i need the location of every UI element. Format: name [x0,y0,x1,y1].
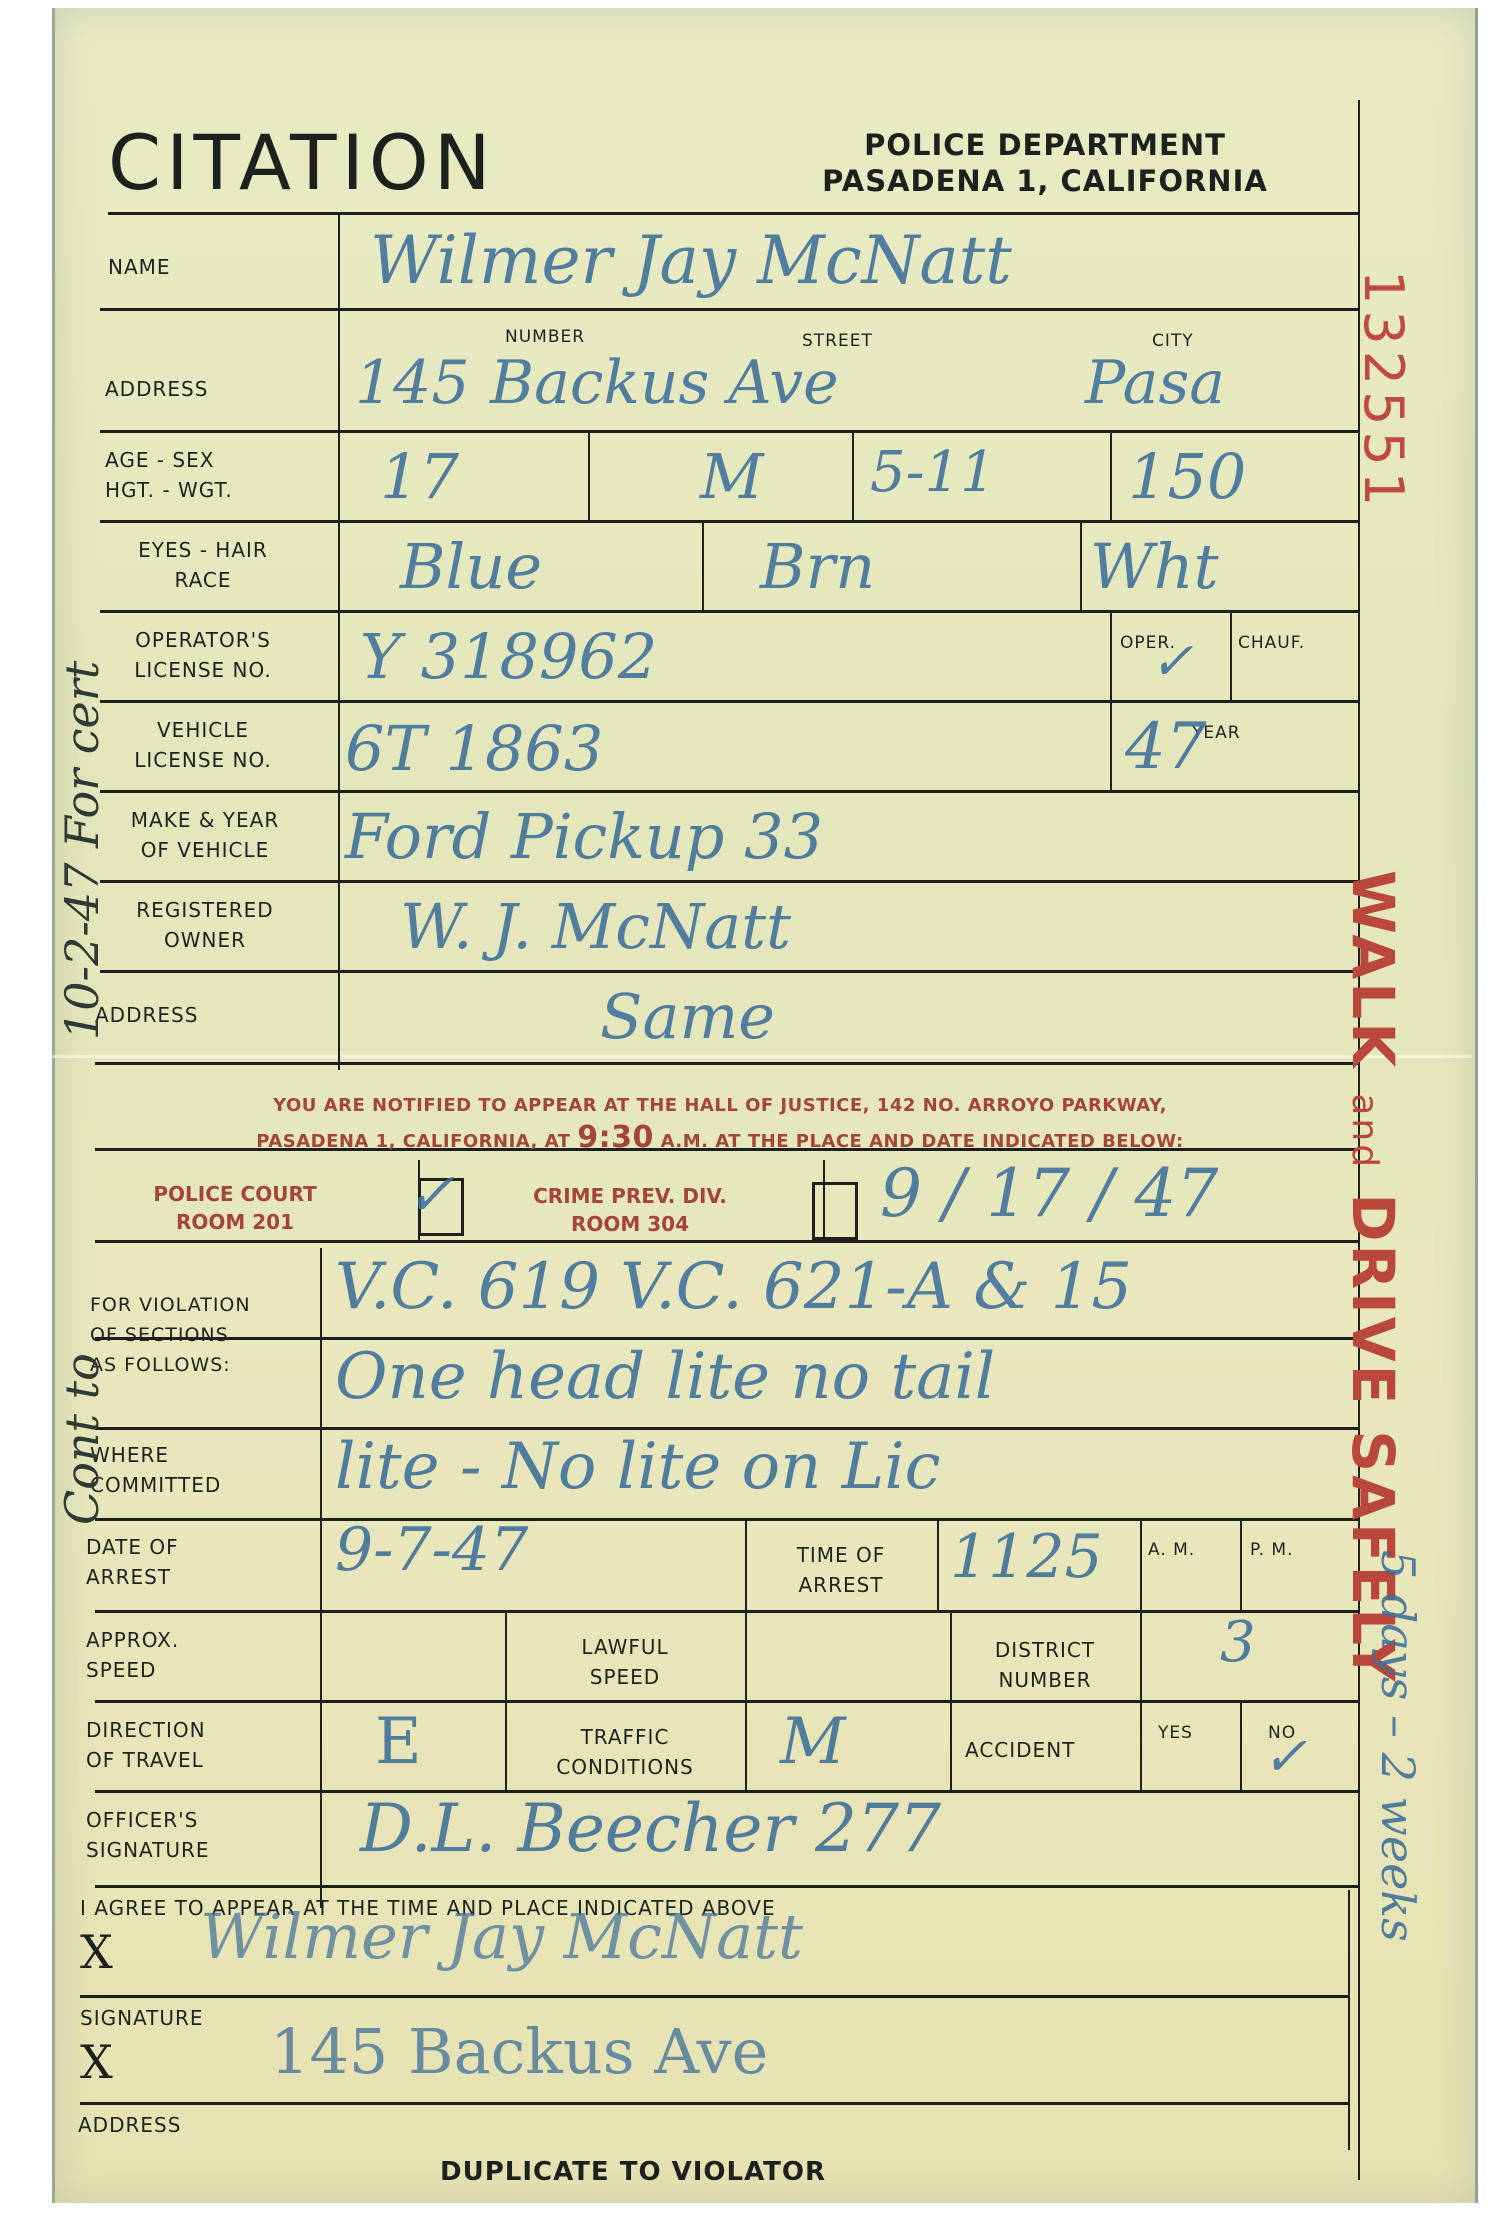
value-address-city: Pasa [1085,348,1225,418]
stamp-and: and [1344,1093,1385,1170]
label-line: OFFICER'S [86,1805,210,1835]
cell-divider [1230,612,1232,700]
accident-no-checkmark: ✓ [1262,1725,1307,1788]
rule [95,1240,1358,1243]
citation-title: CITATION [108,118,496,207]
value-owner-address: Same [600,980,775,1053]
label-officer-signature: OFFICER'S SIGNATURE [86,1805,210,1865]
notice-line2: PASADENA 1, CALIFORNIA, AT 9:30 A.M. AT … [95,1122,1345,1158]
label-date-of-arrest: DATE OF ARREST [86,1532,179,1592]
value-violation-description: One head lite no tail [335,1340,995,1414]
crime-prev-label: CRIME PREV. DIV. ROOM 304 [470,1182,790,1238]
value-eyes: Blue [400,530,542,603]
margin-note-right: 5 days – 2 weeks [1371,1550,1425,1942]
notice-prefix: PASADENA 1, CALIFORNIA, AT [256,1131,570,1152]
rule [1110,700,1358,703]
label-line: TRAFFIC [505,1722,745,1752]
label-line: NUMBER [950,1665,1140,1695]
department-line1: POLICE DEPARTMENT [730,127,1360,163]
label-line: AS FOLLOWS: [90,1350,251,1380]
value-registered-owner: W. J. McNatt [400,890,791,963]
value-vehicle-year: 47 [1125,710,1206,784]
rule [100,880,1358,883]
cell-divider [1110,432,1112,520]
cell-divider [1080,522,1082,610]
value-make-year: Ford Pickup 33 [345,800,823,873]
appearance-date: 9 / 17 / 47 [880,1155,1218,1232]
label-address: ADDRESS [105,374,208,404]
label-line: MAKE & YEAR [95,805,315,835]
label-eyes-hair: EYES - HAIR RACE [98,535,308,595]
label-traffic-conditions: TRAFFIC CONDITIONS [505,1722,745,1782]
value-sex: M [700,440,763,513]
label-pm: P. M. [1250,1535,1293,1565]
rule [100,430,1358,433]
margin-note-left-top: 10-2-47 For cert [55,661,109,1040]
rule [95,1885,1358,1888]
rule [80,1995,1350,1998]
footer-duplicate: DUPLICATE TO VIOLATOR [440,2157,826,2187]
label-line: HGT. - WGT. [105,475,233,505]
label-where-committed: WHERE COMMITTED [90,1440,221,1500]
address-x-mark: X [80,2035,113,2089]
cell-divider [1240,1702,1242,1790]
label-operators-license: OPERATOR'S LICENSE NO. [98,625,308,685]
label-line: DATE OF [86,1532,179,1562]
value-violator-address: 145 Backus Ave [270,2015,768,2088]
label-violator-address: ADDRESS [78,2110,181,2140]
label-line: SPEED [86,1655,179,1685]
column-divider [320,1248,322,1908]
cell-divider [1240,1520,1242,1610]
column-divider [338,212,340,1070]
label-approx-speed: APPROX. SPEED [86,1625,179,1685]
value-name: Wilmer Jay McNatt [370,222,1012,299]
value-violator-signature: Wilmer Jay McNatt [200,1900,803,1973]
label-line: OF TRAVEL [86,1745,206,1775]
cell-divider [588,432,590,520]
department-header: POLICE DEPARTMENT PASADENA 1, CALIFORNIA [730,127,1360,199]
value-hair: Brn [760,530,875,603]
rule [100,790,1358,793]
value-age: 17 [380,440,459,513]
police-court-label: POLICE COURT ROOM 201 [105,1180,365,1236]
cell-divider [1348,1890,1350,2150]
label-line: REGISTERED [95,895,315,925]
value-district-number: 3 [1220,1610,1256,1675]
cell-divider [852,432,854,520]
value-operators-license: Y 318962 [360,620,657,693]
value-race: Wht [1090,530,1219,603]
label-line: SPEED [505,1662,745,1692]
label-line: ARREST [86,1562,179,1592]
value-time-of-arrest: 1125 [950,1522,1103,1592]
margin-note-left-bottom: Cont to [55,1353,109,1525]
value-where-committed: lite - No lite on Lic [335,1430,941,1504]
label-accident: ACCIDENT [965,1735,1075,1765]
cell-divider [1140,1520,1142,1610]
value-date-of-arrest: 9-7-47 [335,1515,528,1585]
stamp-walk: WALK [1339,870,1407,1070]
label-line: EYES - HAIR [98,535,308,565]
label-line: LAWFUL [505,1632,745,1662]
rule [80,2102,1350,2105]
rule [95,1700,1358,1703]
label-line: FOR VIOLATION [90,1290,251,1320]
rule [95,1062,1358,1065]
value-vehicle-license: 6T 1863 [345,712,603,785]
signature-x-mark: X [80,1925,113,1979]
label-name: NAME [108,252,171,282]
label-line: ARREST [745,1570,937,1600]
label-age-sex: AGE - SEX HGT. - WGT. [105,445,233,505]
cell-divider [702,522,704,610]
label-line: DIRECTION [86,1715,206,1745]
label-line: POLICE COURT [105,1180,365,1208]
label-district-number: DISTRICT NUMBER [950,1635,1140,1695]
label-line: WHERE [90,1440,221,1470]
value-direction: E [375,1705,422,1779]
label-registered-owner: REGISTERED OWNER [95,895,315,955]
cell-divider [745,1612,747,1790]
value-weight: 150 [1128,440,1246,513]
label-line: LICENSE NO. [98,745,308,775]
fold-crease [52,1055,1472,1058]
label-line: CRIME PREV. DIV. [470,1182,790,1210]
value-sections: V.C. 619 V.C. 621-A & 15 [335,1250,1132,1324]
label-line: DISTRICT [950,1635,1140,1665]
label-line: VEHICLE [98,715,308,745]
label-line: ROOM 304 [470,1210,790,1238]
cell-divider [1140,1612,1142,1790]
appearance-notice: YOU ARE NOTIFIED TO APPEAR AT THE HALL O… [95,1090,1345,1158]
label-line: CONDITIONS [505,1752,745,1782]
police-court-checkmark: ✓ [405,1160,455,1230]
label-line: LICENSE NO. [98,655,308,685]
label-lawful-speed: LAWFUL SPEED [505,1632,745,1692]
label-line: COMMITTED [90,1470,221,1500]
notice-suffix: A.M. AT THE PLACE AND DATE INDICATED BEL… [661,1131,1184,1152]
label-line: AGE - SEX [105,445,233,475]
serial-number: 132551 [1352,270,1415,512]
rule [95,1518,1358,1521]
crime-prev-checkbox[interactable] [812,1182,858,1240]
notice-time: 9:30 [577,1120,654,1155]
notice-line1: YOU ARE NOTIFIED TO APPEAR AT THE HALL O… [95,1090,1345,1122]
rule [100,970,1358,973]
label-chauf: CHAUF. [1238,628,1305,658]
value-officer-signature: D.L. Beecher 277 [360,1790,941,1867]
label-direction: DIRECTION OF TRAVEL [86,1715,206,1775]
value-address-number: 145 [355,348,470,418]
label-vehicle-license: VEHICLE LICENSE NO. [98,715,308,775]
value-address-street: Backus Ave [490,348,839,418]
label-line: ROOM 201 [105,1208,365,1236]
label-owner-address: ADDRESS [95,1000,198,1030]
label-line: APPROX. [86,1625,179,1655]
oper-checkmark: ✓ [1150,632,1194,692]
cell-divider [937,1520,939,1610]
label-time-of-arrest: TIME OF ARREST [745,1540,937,1600]
label-am: A. M. [1148,1535,1195,1565]
label-line: OF SECTIONS [90,1320,251,1350]
department-line2: PASADENA 1, CALIFORNIA [730,163,1360,199]
label-line: RACE [98,565,308,595]
label-violation: FOR VIOLATION OF SECTIONS AS FOLLOWS: [90,1290,251,1380]
value-height: 5-11 [870,440,996,505]
label-accident-yes: YES [1158,1718,1193,1748]
label-line: SIGNATURE [86,1835,210,1865]
rule [95,1610,1358,1613]
label-line: TIME OF [745,1540,937,1570]
label-line: OPERATOR'S [98,625,308,655]
value-traffic-conditions: M [780,1705,846,1779]
label-line: OF VEHICLE [95,835,315,865]
label-make-year: MAKE & YEAR OF VEHICLE [95,805,315,865]
label-line: OWNER [95,925,315,955]
label-signature: SIGNATURE [80,2003,204,2033]
rule [100,610,1358,613]
rule [100,520,1358,523]
rule [108,212,1358,215]
rule [100,308,1358,311]
